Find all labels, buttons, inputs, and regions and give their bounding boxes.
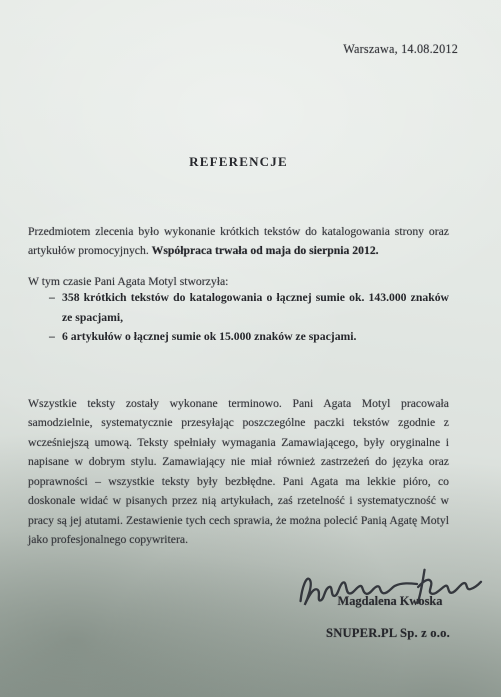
date-line: Warszawa, 14.08.2012 <box>343 42 458 57</box>
photographed-letter: Warszawa, 14.08.2012 REFERENCJE Przedmio… <box>0 0 501 697</box>
signature-block: Magdalena Kwoska SNUPER.PL Sp. z o.o. <box>300 556 480 666</box>
dash-bullet-icon: – <box>49 288 55 308</box>
body-paragraph: Wszystkie teksty zostały wykonane termin… <box>28 394 449 550</box>
list-item: – 358 krótkich tekstów do katalogowania … <box>28 288 449 327</box>
list-item-text: 6 artykułów o łącznej sumie ok 15.000 zn… <box>62 330 356 343</box>
dash-bullet-icon: – <box>49 327 55 347</box>
intro-paragraph: Przedmiotem zlecenia było wykonanie krót… <box>28 222 449 261</box>
bullet-list: – 358 krótkich tekstów do katalogowania … <box>28 288 449 347</box>
list-item-text: 358 krótkich tekstów do katalogowania o … <box>62 291 449 324</box>
company-name: SNUPER.PL Sp. z o.o. <box>288 626 488 641</box>
signer-name: Magdalena Kwoska <box>300 594 480 609</box>
letter-title: REFERENCJE <box>28 154 449 170</box>
list-item: – 6 artykułów o łącznej sumie ok 15.000 … <box>28 327 449 347</box>
intro-text-bold: Współpraca trwała od maja do sierpnia 20… <box>152 244 379 257</box>
